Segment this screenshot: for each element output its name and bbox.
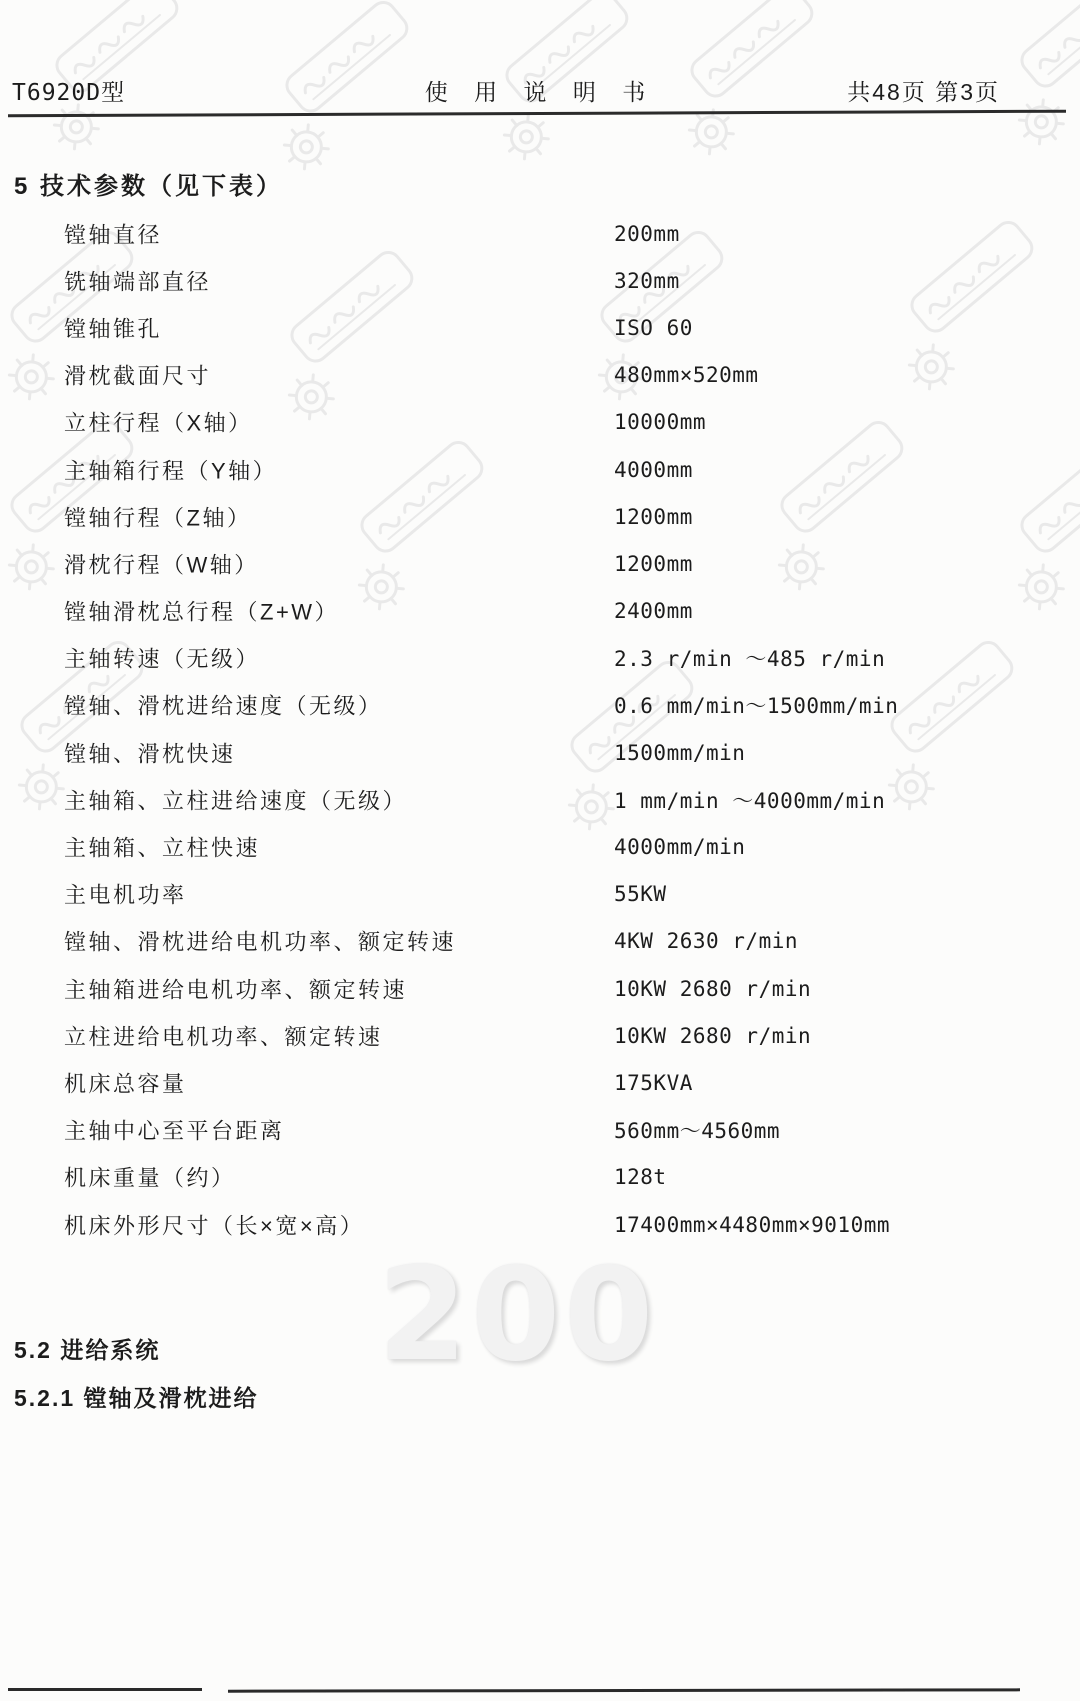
spec-label: 主轴中心至平台距离 (64, 1115, 285, 1146)
spec-value: 1500mm/min (614, 741, 745, 765)
spec-value: 128t (614, 1165, 667, 1189)
spec-value: ISO 60 (614, 316, 693, 340)
spec-value: 2400mm (614, 599, 693, 623)
spec-value: 10KW 2680 r/min (614, 1024, 811, 1048)
spec-label: 铣轴端部直径 (64, 265, 211, 296)
spec-label: 立柱进给电机功率、额定转速 (64, 1020, 383, 1051)
spec-value: 1200mm (614, 552, 693, 576)
spec-value: 480mm×520mm (614, 363, 759, 387)
spec-label: 镗轴锥孔 (64, 312, 162, 343)
spec-row: 主轴箱、立柱快速4000mm/min (0, 823, 1080, 870)
spec-value: 560mm～4560mm (614, 1115, 780, 1145)
spec-label: 主轴箱行程（Y轴） (64, 454, 277, 485)
manual-page: 200 T6920D型 使 用 说 明 书 共48页 第3页 5 技术参数（见下… (0, 0, 1080, 1701)
header-rule (8, 110, 1066, 118)
spec-label: 立柱行程（X轴） (64, 407, 253, 438)
section-5-title: 5 技术参数（见下表） (14, 166, 283, 201)
spec-row: 主轴箱行程（Y轴）4000mm (0, 446, 1080, 493)
spec-row: 镗轴锥孔ISO 60 (0, 304, 1080, 351)
spec-label: 主电机功率 (64, 879, 187, 910)
spec-row: 立柱行程（X轴）10000mm (0, 399, 1080, 446)
page-indicator: 共48页 第3页 (847, 74, 1000, 107)
spec-row: 铣轴端部直径320mm (0, 257, 1080, 304)
spec-value: 4000mm (614, 458, 693, 482)
spec-value: 1 mm/min ～4000mm/min (614, 785, 885, 815)
spec-row: 镗轴行程（Z轴）1200mm (0, 493, 1080, 540)
spec-label: 镗轴、滑枕进给速度（无级） (64, 690, 383, 721)
spec-value: 175KVA (614, 1071, 693, 1095)
spec-row: 镗轴直径200mm (0, 210, 1080, 257)
spec-row: 镗轴、滑枕进给电机功率、额定转速4KW 2630 r/min (0, 918, 1080, 965)
spec-value: 2.3 r/min ～485 r/min (614, 643, 885, 673)
page-content: T6920D型 使 用 说 明 书 共48页 第3页 5 技术参数（见下表） 镗… (0, 0, 1080, 1701)
spec-row: 主轴箱进给电机功率、额定转速10KW 2680 r/min (0, 965, 1080, 1012)
spec-row: 镗轴滑枕总行程（Z+W）2400mm (0, 588, 1080, 635)
section-5-2-title: 5.2 进给系统 (14, 1332, 160, 1365)
spec-row: 主电机功率55KW (0, 871, 1080, 918)
spec-row: 滑枕截面尺寸480mm×520mm (0, 352, 1080, 399)
spec-row: 立柱进给电机功率、额定转速10KW 2680 r/min (0, 1012, 1080, 1059)
spec-row: 镗轴、滑枕快速1500mm/min (0, 729, 1080, 776)
spec-value: 0.6 mm/min～1500mm/min (614, 690, 898, 720)
spec-label: 主轴箱、立柱进给速度（无级） (64, 784, 407, 815)
spec-row: 主轴中心至平台距离560mm～4560mm (0, 1107, 1080, 1154)
spec-value: 10KW 2680 r/min (614, 977, 811, 1001)
spec-value: 4000mm/min (614, 835, 745, 859)
spec-label: 镗轴直径 (64, 218, 162, 249)
spec-value: 1200mm (614, 505, 693, 529)
spec-row: 机床外形尺寸（长×宽×高）17400mm×4480mm×9010mm (0, 1201, 1080, 1248)
spec-value: 17400mm×4480mm×9010mm (614, 1213, 890, 1237)
bottom-rule-left (8, 1688, 202, 1691)
spec-value: 200mm (614, 222, 680, 246)
spec-label: 主轴箱、立柱快速 (64, 832, 260, 863)
spec-label: 镗轴行程（Z轴） (64, 501, 251, 532)
section-5-2-1-title: 5.2.1 镗轴及滑枕进给 (14, 1380, 259, 1413)
spec-row: 机床总容量175KVA (0, 1059, 1080, 1106)
spec-row: 主轴箱、立柱进给速度（无级）1 mm/min ～4000mm/min (0, 776, 1080, 823)
spec-label: 机床重量（约） (64, 1162, 236, 1193)
spec-label: 镗轴、滑枕快速 (64, 737, 236, 768)
spec-value: 320mm (614, 269, 680, 293)
spec-value: 55KW (614, 882, 667, 906)
spec-label: 滑枕截面尺寸 (64, 360, 211, 391)
spec-label: 镗轴、滑枕进给电机功率、额定转速 (64, 926, 456, 957)
spec-label: 机床外形尺寸（长×宽×高） (64, 1209, 364, 1240)
spec-row: 滑枕行程（W轴）1200mm (0, 540, 1080, 587)
spec-value: 4KW 2630 r/min (614, 929, 798, 953)
spec-value: 10000mm (614, 410, 706, 434)
bottom-rule-right (228, 1688, 1020, 1692)
spec-label: 主轴转速（无级） (64, 643, 260, 674)
spec-label: 机床总容量 (64, 1067, 187, 1098)
spec-label: 主轴箱进给电机功率、额定转速 (64, 973, 407, 1004)
spec-row: 镗轴、滑枕进给速度（无级）0.6 mm/min～1500mm/min (0, 682, 1080, 729)
spec-label: 滑枕行程（W轴） (64, 548, 259, 579)
spec-label: 镗轴滑枕总行程（Z+W） (64, 596, 339, 627)
spec-row: 机床重量（约）128t (0, 1154, 1080, 1201)
page-header: T6920D型 使 用 说 明 书 共48页 第3页 (0, 74, 1080, 110)
spec-table: 镗轴直径200mm铣轴端部直径320mm镗轴锥孔ISO 60滑枕截面尺寸480m… (0, 210, 1080, 1248)
spec-row: 主轴转速（无级）2.3 r/min ～485 r/min (0, 635, 1080, 682)
